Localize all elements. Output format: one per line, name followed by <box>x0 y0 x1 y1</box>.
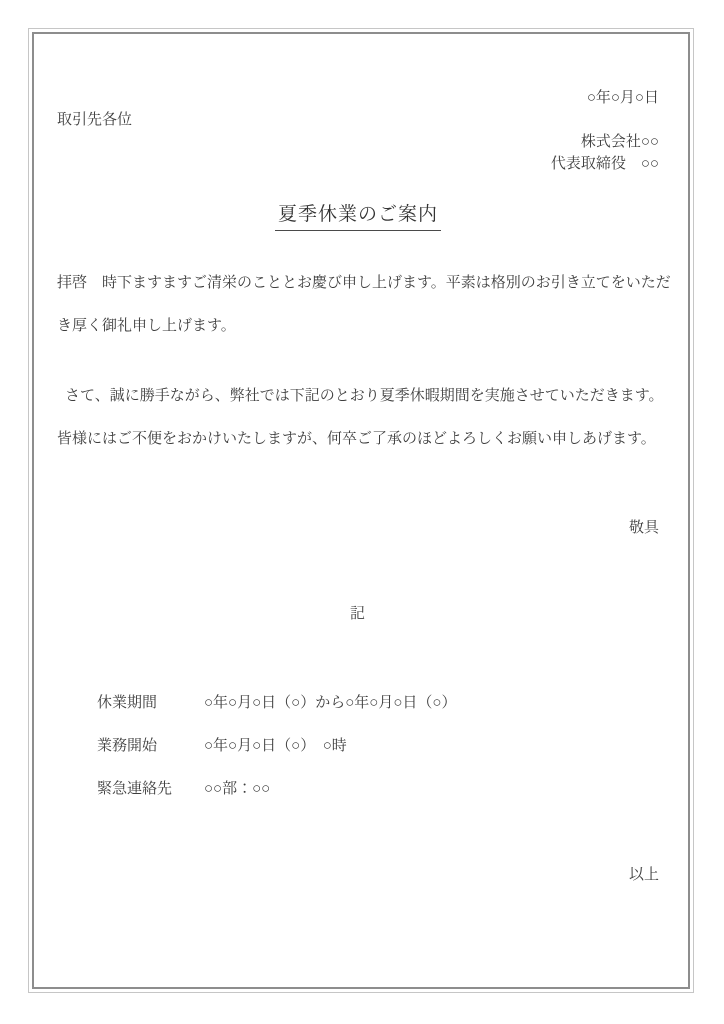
closing-word: 敬具 <box>57 517 659 539</box>
greeting-paragraph: 拝啓 時下ますますご清栄のこととお慶び申し上げます。平素は格別のお引き立てをいた… <box>57 262 659 348</box>
detail-row-business-resume: 業務開始 ○年○月○日（○） ○時 <box>57 735 659 757</box>
inner-frame-border: ○年○月○日 取引先各位 株式会社○○ 代表取締役 ○○ 夏季休業のご案内 拝啓… <box>32 32 690 989</box>
sender-representative: 代表取締役 ○○ <box>57 153 659 175</box>
detail-label: 業務開始 <box>97 735 204 757</box>
greeting-paragraph-line: 拝啓 時下ますますご清栄のこととお慶び申し上げます。平素は格別のお引き立てをいた… <box>57 262 659 305</box>
detail-row-emergency-contact: 緊急連絡先 ○○部：○○ <box>57 778 659 800</box>
detail-label: 緊急連絡先 <box>97 778 204 800</box>
detail-value: ○○部：○○ <box>204 778 659 800</box>
sender-company: 株式会社○○ <box>57 131 659 153</box>
detail-value: ○年○月○日（○） ○時 <box>204 735 659 757</box>
detail-label: 休業期間 <box>97 692 204 714</box>
recipient-line: 取引先各位 <box>57 109 659 131</box>
notice-paragraph: さて、誠に勝手ながら、弊社では下記のとおり夏季休暇期間を実施させていただきます。… <box>57 375 659 461</box>
document-title: 夏季休業のご案内 <box>275 201 441 231</box>
detail-value: ○年○月○日（○）から○年○月○日（○） <box>204 692 659 714</box>
greeting-paragraph-line: き厚く御礼申し上げます。 <box>57 305 659 348</box>
record-marker: 記 <box>57 603 659 625</box>
letter-page: ○年○月○日 取引先各位 株式会社○○ 代表取締役 ○○ 夏季休業のご案内 拝啓… <box>0 0 724 1024</box>
notice-paragraph-line: 皆様にはご不便をおかけいたしますが、何卒ご了承のほどよろしくお願い申しあげます。 <box>57 418 659 461</box>
letter-date: ○年○月○日 <box>57 87 659 109</box>
notice-paragraph-line: さて、誠に勝手ながら、弊社では下記のとおり夏季休暇期間を実施させていただきます。 <box>57 375 659 418</box>
detail-row-holiday-period: 休業期間 ○年○月○日（○）から○年○月○日（○） <box>57 692 659 714</box>
details-list: 休業期間 ○年○月○日（○）から○年○月○日（○） 業務開始 ○年○月○日（○）… <box>57 692 659 800</box>
title-row: 夏季休業のご案内 <box>57 201 659 231</box>
outer-frame-border: ○年○月○日 取引先各位 株式会社○○ 代表取締役 ○○ 夏季休業のご案内 拝啓… <box>28 28 694 993</box>
end-marker: 以上 <box>57 864 659 886</box>
